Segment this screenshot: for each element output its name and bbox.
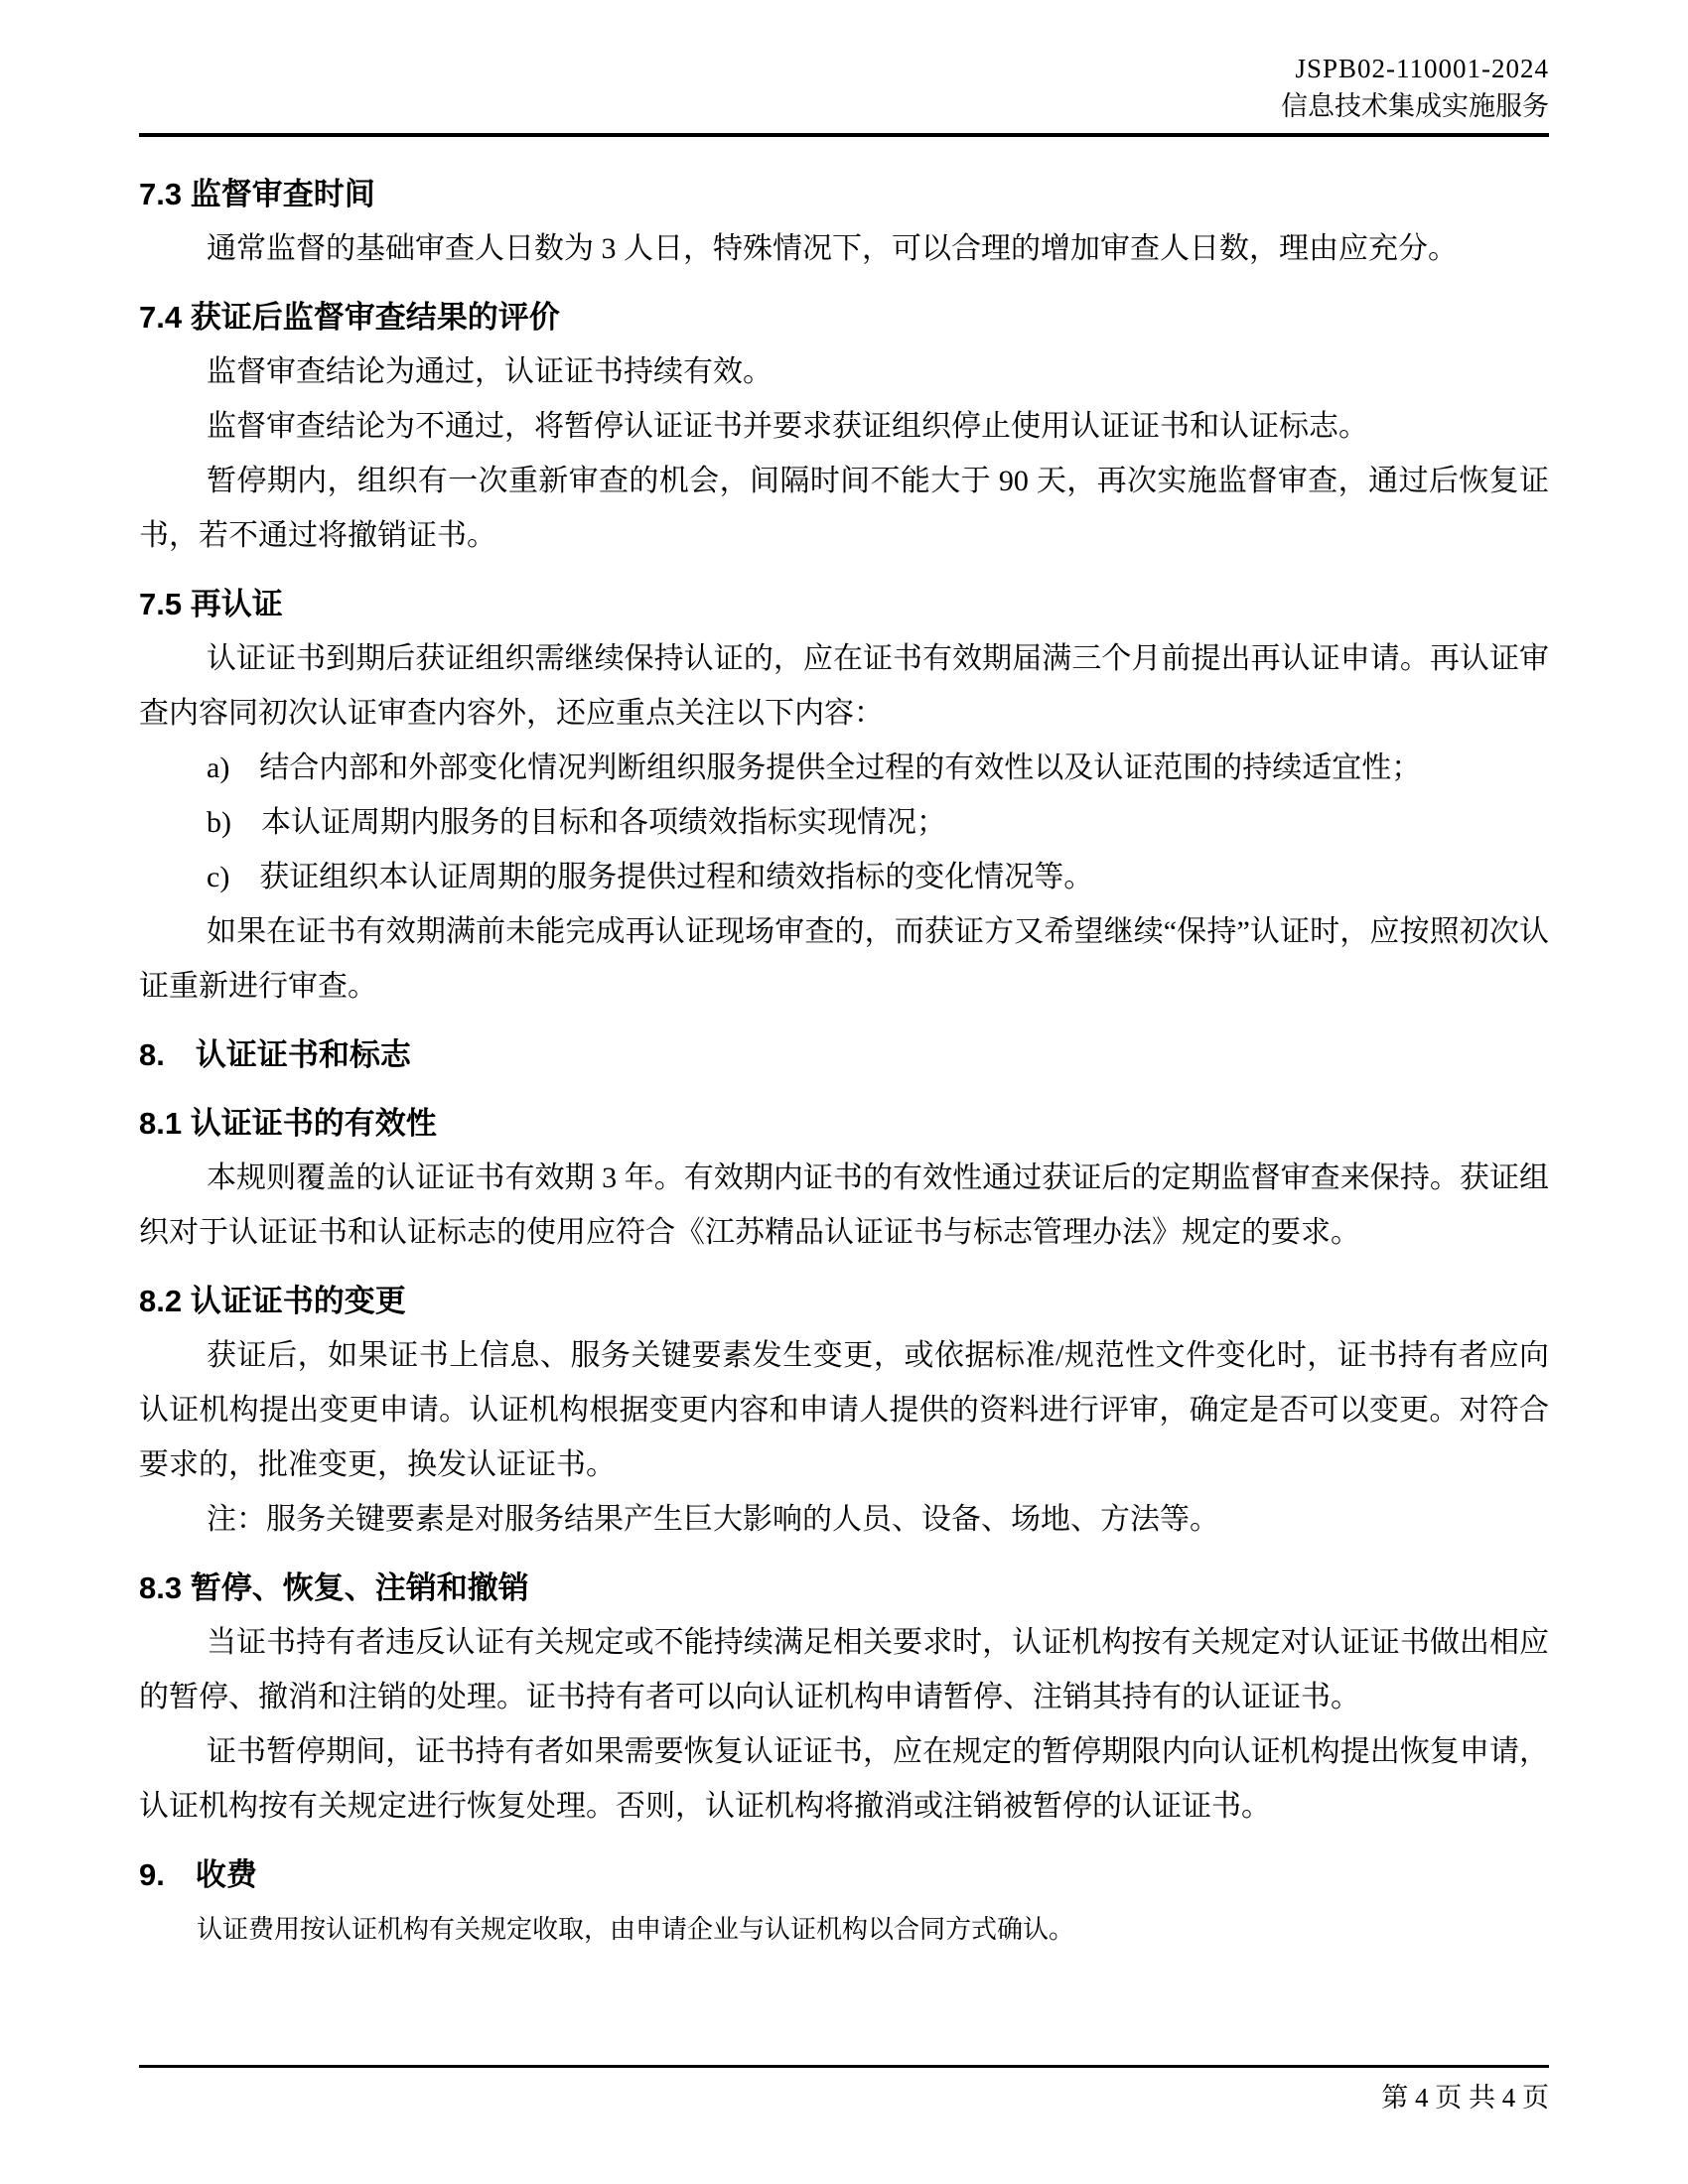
page-number: 第 4 页 共 4 页 bbox=[1381, 2083, 1549, 2113]
paragraph-7-5-2: 如果在证书有效期满前未能完成再认证现场审查的，而获证方又希望继续“保持”认证时，… bbox=[139, 904, 1549, 1014]
list-item-a: a) 结合内部和外部变化情况判断组织服务提供全过程的有效性以及认证范围的持续适宜… bbox=[139, 741, 1549, 795]
heading-7-3: 7.3 监督审查时间 bbox=[139, 167, 1549, 221]
document-code: JSPB02-110001-2024 bbox=[139, 50, 1549, 87]
heading-7-4: 7.4 获证后监督审查结果的评价 bbox=[139, 290, 1549, 344]
paragraph-7-3-1: 通常监督的基础审查人日数为 3 人日，特殊情况下，可以合理的增加审查人日数，理由… bbox=[139, 221, 1549, 276]
paragraph-8-1-1: 本规则覆盖的认证证书有效期 3 年。有效期内证书的有效性通过获证后的定期监督审查… bbox=[139, 1151, 1549, 1260]
paragraph-8-2-1: 获证后，如果证书上信息、服务关键要素发生变更，或依据标准/规范性文件变化时，证书… bbox=[139, 1328, 1549, 1492]
paragraph-7-4-1: 监督审查结论为通过，认证证书持续有效。 bbox=[139, 344, 1549, 399]
heading-8: 8. 认证证书和标志 bbox=[139, 1027, 1549, 1082]
document-page: JSPB02-110001-2024 信息技术集成实施服务 7.3 监督审查时间… bbox=[0, 0, 1688, 2184]
list-item-b: b) 本认证周期内服务的目标和各项绩效指标实现情况； bbox=[139, 795, 1549, 850]
paragraph-7-4-2: 监督审查结论为不通过，将暂停认证证书并要求获证组织停止使用认证证书和认证标志。 bbox=[139, 399, 1549, 454]
heading-9: 9. 收费 bbox=[139, 1847, 1549, 1902]
heading-8-1: 8.1 认证证书的有效性 bbox=[139, 1096, 1549, 1151]
paragraph-8-3-2: 证书暂停期间，证书持有者如果需要恢复认证证书，应在规定的暂停期限内向认证机构提出… bbox=[139, 1724, 1549, 1834]
document-body: 7.3 监督审查时间 通常监督的基础审查人日数为 3 人日，特殊情况下，可以合理… bbox=[139, 137, 1549, 1957]
paragraph-8-3-1: 当证书持有者违反认证有关规定或不能持续满足相关要求时，认证机构按有关规定对认证证… bbox=[139, 1615, 1549, 1724]
note-8-2: 注：服务关键要素是对服务结果产生巨大影响的人员、设备、场地、方法等。 bbox=[139, 1492, 1549, 1547]
heading-8-3: 8.3 暂停、恢复、注销和撤销 bbox=[139, 1561, 1549, 1615]
heading-8-2: 8.2 认证证书的变更 bbox=[139, 1274, 1549, 1328]
paragraph-9-1: 认证费用按认证机构有关规定收取，由申请企业与认证机构以合同方式确认。 bbox=[139, 1902, 1549, 1957]
page-header: JSPB02-110001-2024 信息技术集成实施服务 bbox=[139, 0, 1549, 137]
paragraph-7-5-1: 认证证书到期后获证组织需继续保持认证的，应在证书有效期届满三个月前提出再认证申请… bbox=[139, 631, 1549, 741]
list-item-c: c) 获证组织本认证周期的服务提供过程和绩效指标的变化情况等。 bbox=[139, 850, 1549, 904]
heading-7-5: 7.5 再认证 bbox=[139, 577, 1549, 631]
document-service-name: 信息技术集成实施服务 bbox=[139, 87, 1549, 125]
paragraph-7-4-3: 暂停期内，组织有一次重新审查的机会，间隔时间不能大于 90 天，再次实施监督审查… bbox=[139, 454, 1549, 563]
page-footer: 第 4 页 共 4 页 bbox=[139, 2065, 1549, 2115]
